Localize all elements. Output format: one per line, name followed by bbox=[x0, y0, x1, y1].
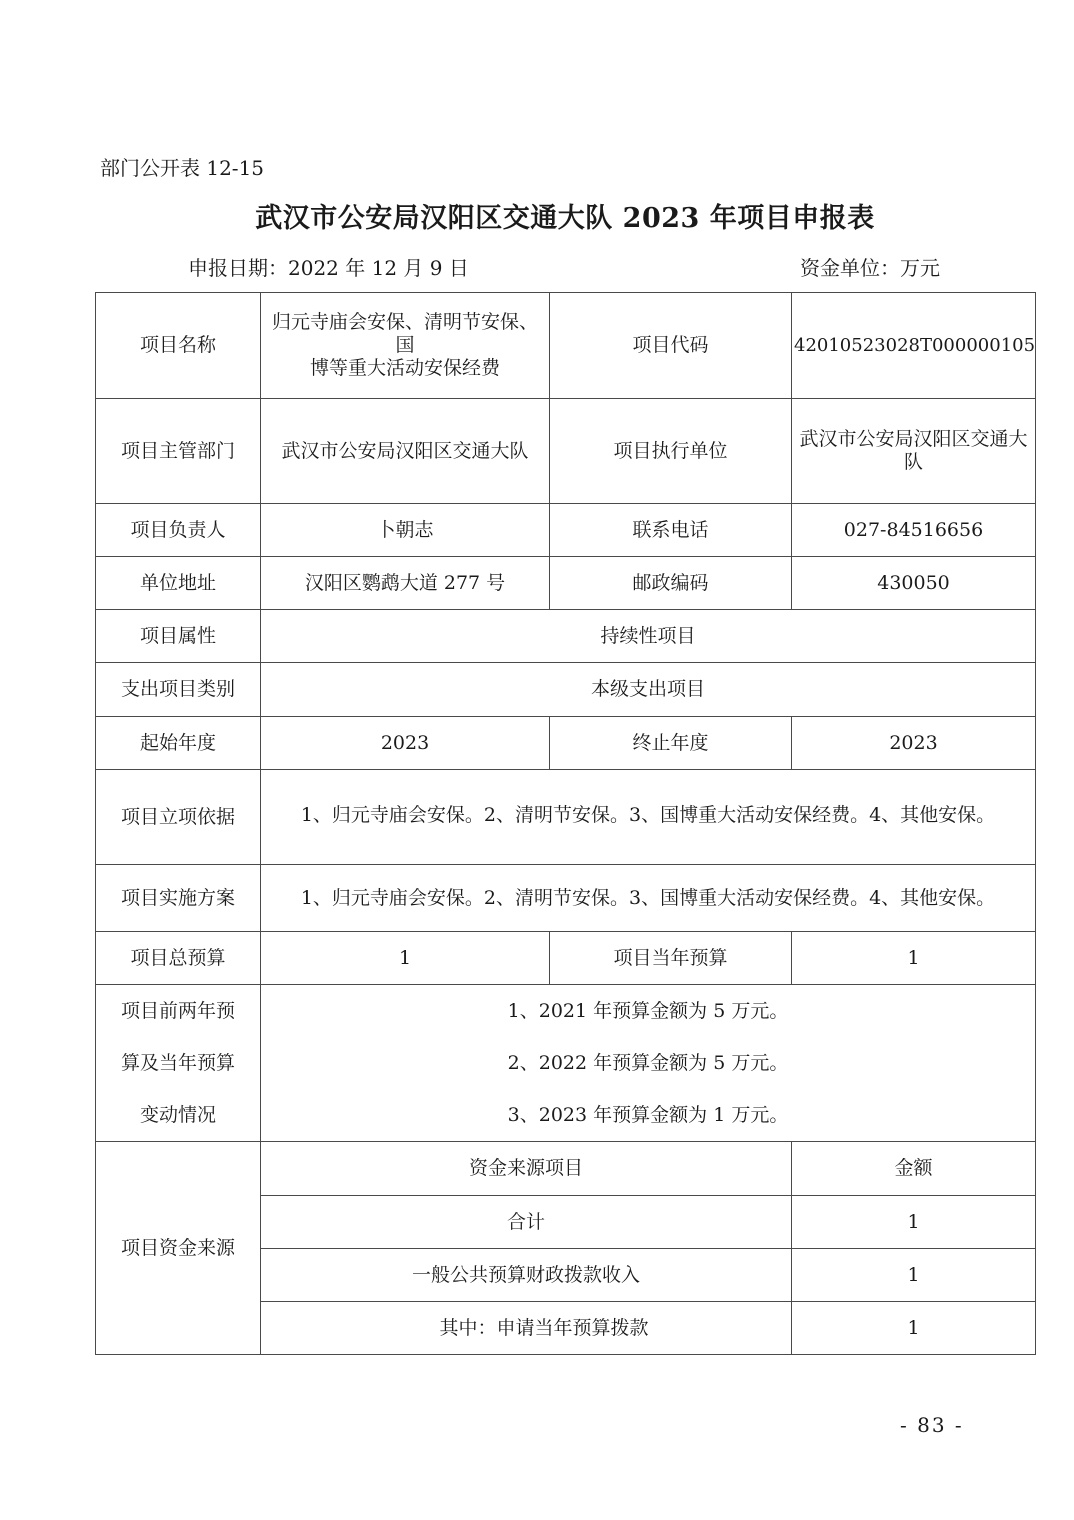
postcode-label: 邮政编码 bbox=[550, 557, 792, 610]
project-name-line: 归元寺庙会安保、清明节安保、国 bbox=[267, 311, 543, 357]
project-code-label: 项目代码 bbox=[550, 293, 792, 399]
history-label-line: 变动情况 bbox=[98, 1089, 258, 1141]
dept-label: 项目主管部门 bbox=[96, 399, 261, 504]
page-title: 武汉市公安局汉阳区交通大队 2023 年项目申报表 bbox=[0, 196, 1074, 235]
exec-unit-line: 队 bbox=[798, 451, 1029, 474]
table-row: 项目属性 持续性项目 bbox=[96, 610, 1036, 663]
category-label: 支出项目类别 bbox=[96, 663, 261, 717]
phone-value: 027-84516656 bbox=[792, 504, 1036, 557]
table-row: 项目实施方案 1、归元寺庙会安保。2、清明节安保。3、国博重大活动安保经费。4、… bbox=[96, 865, 1036, 932]
table-row: 支出项目类别 本级支出项目 bbox=[96, 663, 1036, 717]
funding-header-item: 资金来源项目 bbox=[261, 1142, 792, 1196]
address-label: 单位地址 bbox=[96, 557, 261, 610]
dept-value: 武汉市公安局汉阳区交通大队 bbox=[261, 399, 550, 504]
project-name-value: 归元寺庙会安保、清明节安保、国博等重大活动安保经费 bbox=[261, 293, 550, 399]
funding-label: 项目资金来源 bbox=[96, 1142, 261, 1355]
phone-label: 联系电话 bbox=[550, 504, 792, 557]
table-row: 单位地址 汉阳区鹦鹉大道 277 号 邮政编码 430050 bbox=[96, 557, 1036, 610]
project-name-line: 博等重大活动安保经费 bbox=[267, 357, 543, 380]
fund-unit: 资金单位：万元 bbox=[800, 252, 940, 281]
document-label: 部门公开表 12-15 bbox=[100, 152, 264, 181]
basis-value: 1、归元寺庙会安保。2、清明节安保。3、国博重大活动安保经费。4、其他安保。 bbox=[261, 770, 1036, 865]
table-row: 项目主管部门 武汉市公安局汉阳区交通大队 项目执行单位 武汉市公安局汉阳区交通大… bbox=[96, 399, 1036, 504]
total-budget-label: 项目总预算 bbox=[96, 932, 261, 985]
exec-unit-label: 项目执行单位 bbox=[550, 399, 792, 504]
history-value: 1、2021 年预算金额为 5 万元。 2、2022 年预算金额为 5 万元。 … bbox=[261, 985, 1036, 1142]
funding-amount: 1 bbox=[792, 1302, 1036, 1355]
start-year-label: 起始年度 bbox=[96, 717, 261, 770]
funding-item: 其中：申请当年预算拨款 bbox=[261, 1302, 792, 1355]
current-budget-label: 项目当年预算 bbox=[550, 932, 792, 985]
end-year-value: 2023 bbox=[792, 717, 1036, 770]
history-label-line: 算及当年预算 bbox=[98, 1037, 258, 1089]
table-row: 项目资金来源 资金来源项目 金额 bbox=[96, 1142, 1036, 1196]
funding-item: 合计 bbox=[261, 1196, 792, 1249]
history-line: 3、2023 年预算金额为 1 万元。 bbox=[267, 1089, 1029, 1141]
table-row: 项目前两年预 算及当年预算 变动情况 1、2021 年预算金额为 5 万元。 2… bbox=[96, 985, 1036, 1142]
funding-header-amount: 金额 bbox=[792, 1142, 1036, 1196]
plan-label: 项目实施方案 bbox=[96, 865, 261, 932]
table-row: 项目立项依据 1、归元寺庙会安保。2、清明节安保。3、国博重大活动安保经费。4、… bbox=[96, 770, 1036, 865]
category-value: 本级支出项目 bbox=[261, 663, 1036, 717]
start-year-value: 2023 bbox=[261, 717, 550, 770]
exec-unit-value: 武汉市公安局汉阳区交通大队 bbox=[792, 399, 1036, 504]
page-number: - 83 - bbox=[900, 1413, 964, 1437]
funding-amount: 1 bbox=[792, 1196, 1036, 1249]
history-label: 项目前两年预 算及当年预算 变动情况 bbox=[96, 985, 261, 1142]
exec-unit-line: 武汉市公安局汉阳区交通大 bbox=[798, 428, 1029, 451]
funding-amount: 1 bbox=[792, 1249, 1036, 1302]
address-value: 汉阳区鹦鹉大道 277 号 bbox=[261, 557, 550, 610]
table-row: 项目总预算 1 项目当年预算 1 bbox=[96, 932, 1036, 985]
project-name-label: 项目名称 bbox=[96, 293, 261, 399]
table-row: 起始年度 2023 终止年度 2023 bbox=[96, 717, 1036, 770]
history-line: 2、2022 年预算金额为 5 万元。 bbox=[267, 1037, 1029, 1089]
history-label-line: 项目前两年预 bbox=[98, 985, 258, 1037]
attribute-label: 项目属性 bbox=[96, 610, 261, 663]
postcode-value: 430050 bbox=[792, 557, 1036, 610]
plan-value: 1、归元寺庙会安保。2、清明节安保。3、国博重大活动安保经费。4、其他安保。 bbox=[261, 865, 1036, 932]
basis-label: 项目立项依据 bbox=[96, 770, 261, 865]
leader-value: 卜朝志 bbox=[261, 504, 550, 557]
table-row: 项目负责人 卜朝志 联系电话 027-84516656 bbox=[96, 504, 1036, 557]
history-line: 1、2021 年预算金额为 5 万元。 bbox=[267, 985, 1029, 1037]
report-date: 申报日期：2022 年 12 月 9 日 bbox=[188, 252, 469, 281]
current-budget-value: 1 bbox=[792, 932, 1036, 985]
project-code-value: 42010523028T000000105 bbox=[792, 293, 1036, 399]
funding-item: 一般公共预算财政拨款收入 bbox=[261, 1249, 792, 1302]
leader-label: 项目负责人 bbox=[96, 504, 261, 557]
end-year-label: 终止年度 bbox=[550, 717, 792, 770]
project-application-table: 项目名称 归元寺庙会安保、清明节安保、国博等重大活动安保经费 项目代码 4201… bbox=[95, 292, 1036, 1355]
attribute-value: 持续性项目 bbox=[261, 610, 1036, 663]
table-row: 项目名称 归元寺庙会安保、清明节安保、国博等重大活动安保经费 项目代码 4201… bbox=[96, 293, 1036, 399]
total-budget-value: 1 bbox=[261, 932, 550, 985]
